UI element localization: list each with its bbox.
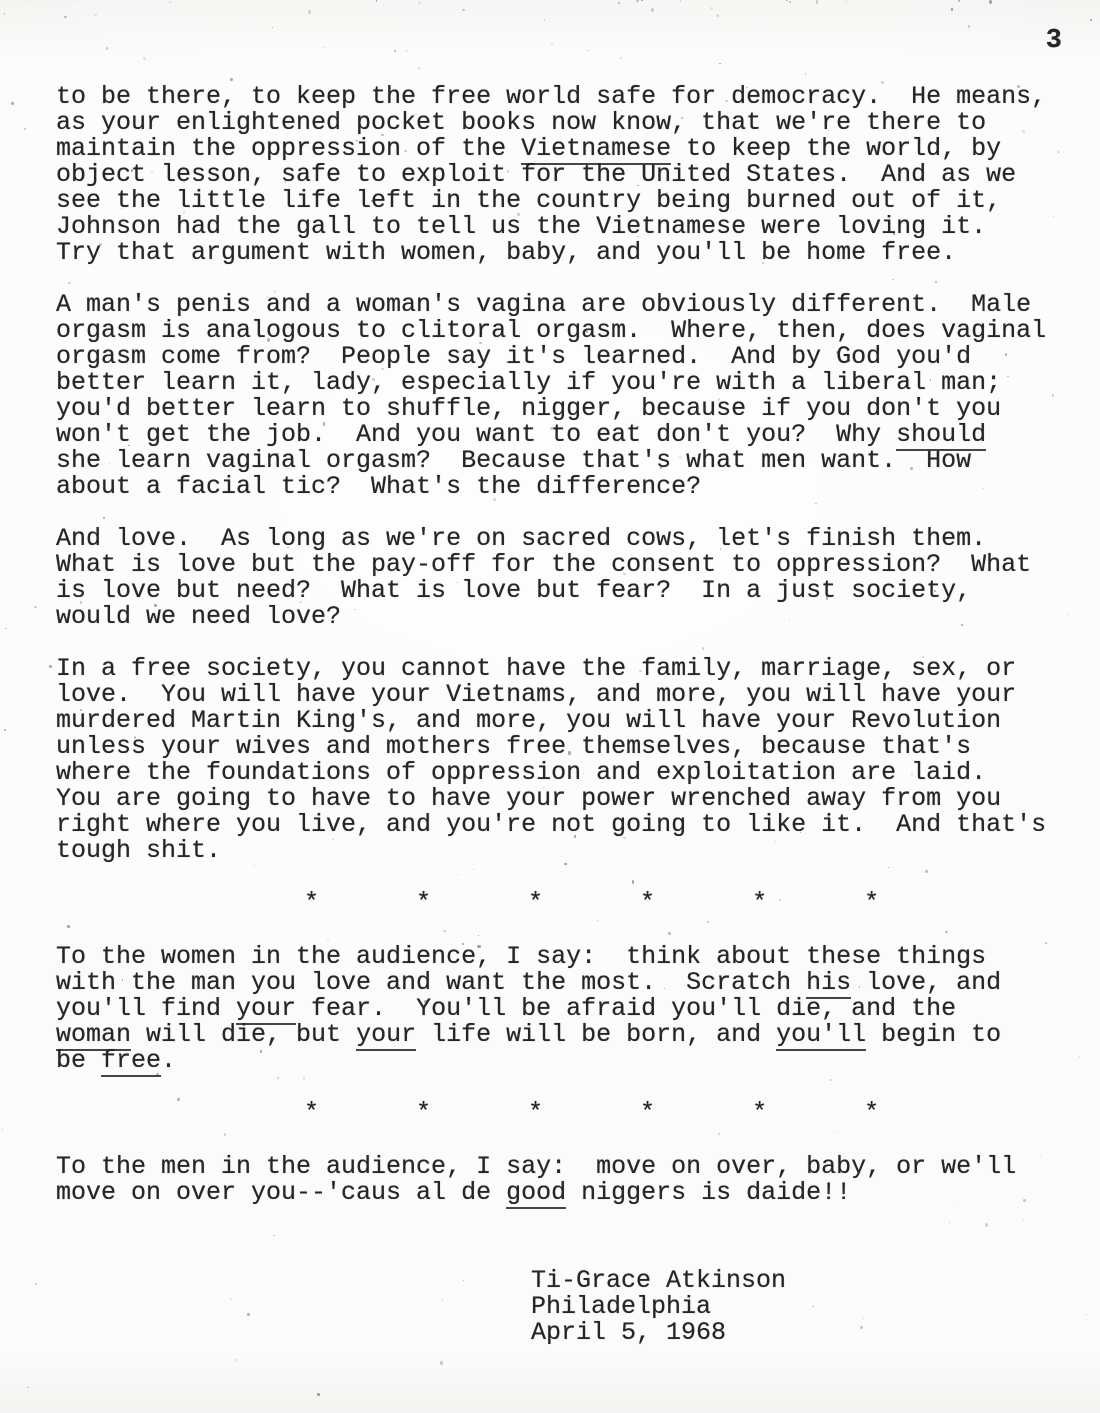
scan-speck — [636, 0, 639, 2]
scan-speck — [620, 57, 621, 59]
signature-block: Ti-Grace AtkinsonPhiladelphiaApril 5, 19… — [531, 1268, 1066, 1346]
scan-speck — [234, 1358, 237, 1361]
text-line: you'd better learn to shuffle, nigger, b… — [56, 396, 1066, 422]
text-line: To the women in the audience, I say: thi… — [56, 944, 1066, 970]
text-line: orgasm come from? People say it's learne… — [56, 344, 1066, 370]
document-body: to be there, to keep the free world safe… — [56, 84, 1066, 1346]
scan-speck — [641, 0, 643, 1]
scan-speck — [394, 50, 396, 52]
scan-speck — [418, 1, 421, 5]
text-line: unless your wives and mothers free thems… — [56, 734, 1066, 760]
asterisk-separator: * * * * * * — [56, 1100, 1066, 1126]
text-line: To the men in the audience, I say: move … — [56, 1154, 1066, 1180]
scanned-document-page: { "page": { "number": "3", "separator": … — [0, 0, 1100, 1413]
text-line: with the man you love and want the most.… — [56, 970, 1066, 996]
signature-date: April 5, 1968 — [531, 1320, 1066, 1346]
text-line: she learn vaginal orgasm? Because that's… — [56, 448, 1066, 474]
text-line: be free. — [56, 1048, 1066, 1074]
scan-speck — [853, 46, 854, 47]
text-line: move on over you--'caus al de good nigge… — [56, 1180, 1066, 1206]
scan-speck — [618, 2, 620, 4]
scan-speck — [951, 8, 953, 11]
text-line: see the little life left in the country … — [56, 188, 1066, 214]
text-line: won't get the job. And you want to eat d… — [56, 422, 1066, 448]
scan-speck — [680, 0, 681, 1]
scan-speck — [34, 606, 37, 608]
scan-speck — [968, 25, 970, 27]
scan-speck — [544, 19, 545, 20]
text-line: is love but need? What is love but fear?… — [56, 578, 1066, 604]
text-line: Johnson had the gall to tell us the Viet… — [56, 214, 1066, 240]
scan-speck — [49, 665, 52, 668]
scan-speck — [816, 0, 819, 4]
scan-speck — [272, 27, 273, 28]
paragraph: And love. As long as we're on sacred cow… — [56, 526, 1066, 630]
asterisk-separator: * * * * * * — [56, 890, 1066, 916]
text-line: about a facial tic? What's the differenc… — [56, 474, 1066, 500]
text-line: And love. As long as we're on sacred cow… — [56, 526, 1066, 552]
text-line: would we need love? — [56, 604, 1066, 630]
text-line: you'll find your fear. You'll be afraid … — [56, 996, 1066, 1022]
scan-speck — [1090, 19, 1093, 21]
scan-speck — [27, 1387, 29, 1388]
text-line: love. You will have your Vietnams, and m… — [56, 682, 1066, 708]
signature-name: Ti-Grace Atkinson — [531, 1268, 1066, 1294]
text-line: better learn it, lady, especially if you… — [56, 370, 1066, 396]
scan-speck — [169, 1, 171, 3]
text-line: You are going to have to have your power… — [56, 786, 1066, 812]
text-line: orgasm is analogous to clitoral orgasm. … — [56, 318, 1066, 344]
signature-city: Philadelphia — [531, 1294, 1066, 1320]
text-line: as your enlightened pocket books now kno… — [56, 110, 1066, 136]
scan-speck — [789, 1, 791, 3]
scan-speck — [551, 44, 553, 45]
scan-speck — [895, 5, 896, 6]
text-line: where the foundations of oppression and … — [56, 760, 1066, 786]
text-line: Try that argument with women, baby, and … — [56, 240, 1066, 266]
scan-speck — [651, 8, 654, 12]
scan-speck — [64, 16, 66, 18]
scan-speck — [710, 7, 713, 11]
text-line: woman will die, but your life will be bo… — [56, 1022, 1066, 1048]
underlined-word: good — [506, 1178, 566, 1209]
page-number: 3 — [1046, 26, 1062, 56]
scan-speck — [958, 0, 960, 2]
scan-speck — [1068, 614, 1070, 616]
underlined-word: your — [356, 1020, 416, 1051]
scan-speck — [778, 1354, 779, 1355]
scan-speck — [4, 13, 6, 14]
text-line: object lesson, safe to exploit for the U… — [56, 162, 1066, 188]
paragraph: to be there, to keep the free world safe… — [56, 84, 1066, 266]
scan-speck — [143, 57, 146, 60]
scan-speck — [805, 73, 806, 75]
text-line: to be there, to keep the free world safe… — [56, 84, 1066, 110]
scan-speck — [26, 1, 28, 2]
text-line: tough shit. — [56, 838, 1066, 864]
scan-speck — [1079, 1056, 1080, 1057]
scan-speck — [35, 1283, 37, 1285]
text-line: In a free society, you cannot have the f… — [56, 656, 1066, 682]
text-line: right where you live, and you're not goi… — [56, 812, 1066, 838]
scan-speck — [5, 628, 7, 629]
scan-speck — [845, 1, 846, 3]
text-line: murdered Martin King's, and more, you wi… — [56, 708, 1066, 734]
text-line: What is love but the pay-off for the con… — [56, 552, 1066, 578]
scan-speck — [462, 9, 465, 12]
scan-speck — [324, 47, 326, 49]
scan-speck — [376, 0, 377, 1]
scan-speck — [94, 14, 97, 16]
scan-speck — [786, 0, 787, 1]
scan-speck — [418, 67, 420, 70]
text-line: A man's penis and a woman's vagina are o… — [56, 292, 1066, 318]
scan-speck — [317, 1393, 320, 1396]
scan-speck — [11, 102, 14, 105]
paragraph: To the women in the audience, I say: thi… — [56, 944, 1066, 1074]
scan-speck — [106, 47, 109, 51]
scan-speck — [2, 1129, 3, 1130]
scan-speck — [24, 128, 26, 130]
paragraph: A man's penis and a woman's vagina are o… — [56, 292, 1066, 500]
scan-speck — [1085, 1314, 1087, 1316]
underlined-word: free — [101, 1046, 161, 1077]
paragraph: To the men in the audience, I say: move … — [56, 1154, 1066, 1206]
text-line: maintain the oppression of the Vietnames… — [56, 136, 1066, 162]
scan-speck — [587, 50, 588, 51]
underlined-word: you'll — [776, 1020, 866, 1051]
scan-speck — [230, 78, 233, 81]
scan-speck — [440, 1361, 443, 1364]
scan-speck — [719, 63, 721, 64]
scan-speck — [989, 0, 992, 4]
paragraph: In a free society, you cannot have the f… — [56, 656, 1066, 864]
scan-speck — [308, 10, 311, 13]
scan-speck — [405, 50, 407, 52]
scan-speck — [716, 14, 719, 17]
scan-speck — [4, 729, 6, 731]
